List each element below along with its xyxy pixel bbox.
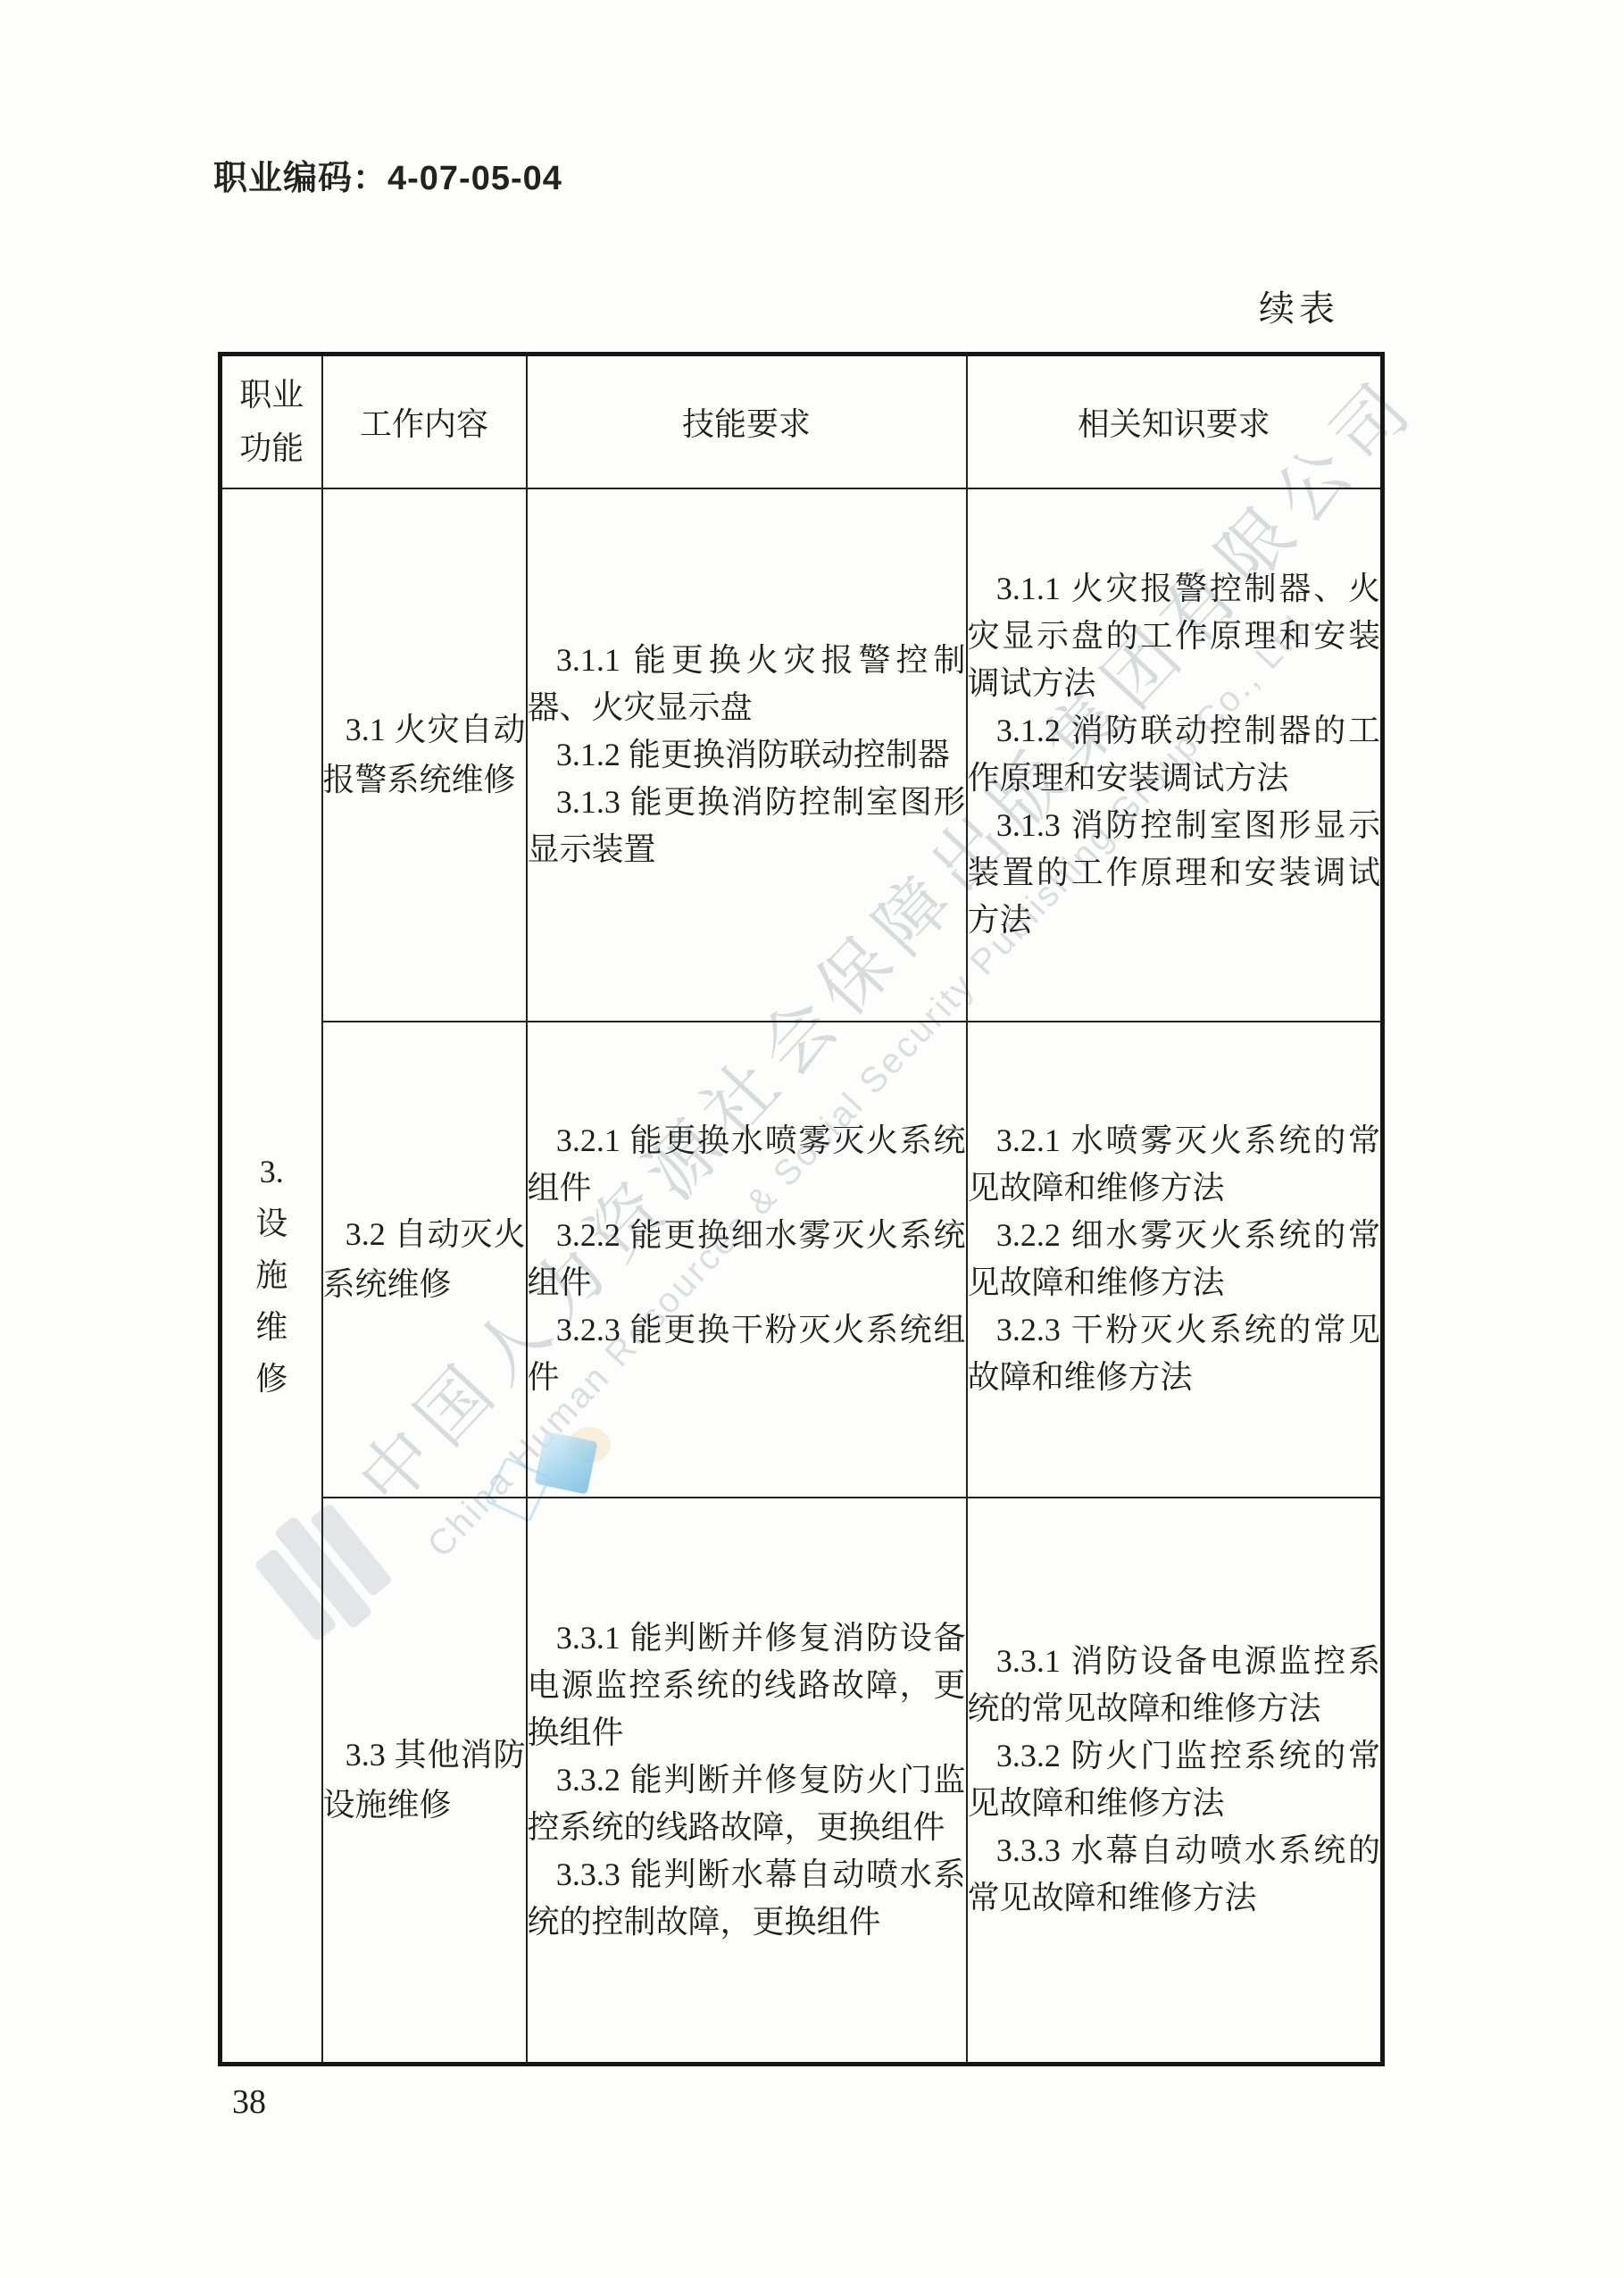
knowledge-item: 3.3.2 防火门监控系统的常见故障和维修方法 bbox=[968, 1732, 1381, 1827]
occupation-code: 职业编码：4-07-05-04 bbox=[213, 150, 562, 199]
work-content-text: 3.1 火灾自动报警系统维修 bbox=[323, 705, 526, 805]
skill-item: 3.1.3 能更换消防控制室图形显示装置 bbox=[528, 779, 966, 873]
cell-function-group: 3. 设施维修 bbox=[221, 488, 322, 2065]
skill-item: 3.2.3 能更换干粉灭火系统组件 bbox=[528, 1306, 966, 1401]
header-work-content: 工作内容 bbox=[322, 355, 527, 488]
skill-item: 3.2.2 能更换细水雾灭火系统组件 bbox=[528, 1212, 966, 1306]
skill-item: 3.3.2 能判断并修复防火门监控系统的线路故障，更换组件 bbox=[528, 1756, 966, 1851]
skill-item: 3.3.3 能判断水幕自动喷水系统的控制故障，更换组件 bbox=[528, 1851, 966, 1946]
table-row-3-1: 3. 设施维修 3.1 火灾自动报警系统维修 3.1.1 能更换火灾报警控制器、… bbox=[221, 488, 1383, 1022]
table-row-3-3: 3.3 其他消防设施维修 3.3.1 能判断并修复消防设备电源监控系统的线路故障… bbox=[221, 1498, 1383, 2065]
knowledge-item: 3.2.1 水喷雾灭火系统的常见故障和维修方法 bbox=[968, 1117, 1381, 1212]
table-header-row: 职业功能 工作内容 技能要求 相关知识要求 bbox=[221, 355, 1383, 488]
header-occupational-function-label: 职业功能 bbox=[237, 368, 306, 475]
cell-work-content-3-1: 3.1 火灾自动报警系统维修 bbox=[322, 488, 527, 1022]
cell-work-content-3-2: 3.2 自动灭火系统维修 bbox=[322, 1022, 527, 1498]
occupational-standard-table: 职业功能 工作内容 技能要求 相关知识要求 3. 设施维修 3.1 火灾自动报警… bbox=[218, 352, 1385, 2066]
knowledge-item: 3.2.3 干粉灭火系统的常见故障和维修方法 bbox=[968, 1306, 1381, 1401]
table-row-3-2: 3.2 自动灭火系统维修 3.2.1 能更换水喷雾灭火系统组件 3.2.2 能更… bbox=[221, 1022, 1383, 1498]
knowledge-item: 3.1.2 消防联动控制器的工作原理和安装调试方法 bbox=[968, 707, 1381, 802]
function-group-name: 设施维修 bbox=[254, 1197, 290, 1405]
cell-knowledge-3-3: 3.3.1 消防设备电源监控系统的常见故障和维修方法 3.3.2 防火门监控系统… bbox=[967, 1498, 1383, 2065]
page-number: 38 bbox=[232, 2082, 266, 2122]
skill-item: 3.1.1 能更换火灾报警控制器、火灾显示盘 bbox=[528, 637, 966, 731]
function-group-number: 3. bbox=[222, 1146, 321, 1197]
skill-item: 3.2.1 能更换水喷雾灭火系统组件 bbox=[528, 1117, 966, 1212]
knowledge-item: 3.3.3 水幕自动喷水系统的常见故障和维修方法 bbox=[968, 1827, 1381, 1922]
header-skill-requirements: 技能要求 bbox=[527, 355, 967, 488]
continuation-label: 续表 bbox=[218, 280, 1339, 331]
knowledge-item: 3.1.3 消防控制室图形显示装置的工作原理和安装调试方法 bbox=[968, 802, 1381, 944]
knowledge-item: 3.3.1 消防设备电源监控系统的常见故障和维修方法 bbox=[968, 1638, 1381, 1732]
skill-item: 3.3.1 能判断并修复消防设备电源监控系统的线路故障，更换组件 bbox=[528, 1615, 966, 1756]
knowledge-item: 3.1.1 火灾报警控制器、火灾显示盘的工作原理和安装调试方法 bbox=[968, 565, 1381, 707]
cell-skills-3-2: 3.2.1 能更换水喷雾灭火系统组件 3.2.2 能更换细水雾灭火系统组件 3.… bbox=[527, 1022, 967, 1498]
work-content-text: 3.2 自动灭火系统维修 bbox=[323, 1209, 526, 1309]
document-page: 职业编码：4-07-05-04 续表 中国人力资源社会保障出版集团有限公司 Ch… bbox=[0, 0, 1624, 2278]
cell-work-content-3-3: 3.3 其他消防设施维修 bbox=[322, 1498, 527, 2065]
header-knowledge-requirements: 相关知识要求 bbox=[967, 355, 1383, 488]
cell-knowledge-3-2: 3.2.1 水喷雾灭火系统的常见故障和维修方法 3.2.2 细水雾灭火系统的常见… bbox=[967, 1022, 1383, 1498]
work-content-text: 3.3 其他消防设施维修 bbox=[323, 1730, 526, 1830]
cell-skills-3-3: 3.3.1 能判断并修复消防设备电源监控系统的线路故障，更换组件 3.3.2 能… bbox=[527, 1498, 967, 2065]
knowledge-item: 3.2.2 细水雾灭火系统的常见故障和维修方法 bbox=[968, 1212, 1381, 1306]
cell-knowledge-3-1: 3.1.1 火灾报警控制器、火灾显示盘的工作原理和安装调试方法 3.1.2 消防… bbox=[967, 488, 1383, 1022]
cell-skills-3-1: 3.1.1 能更换火灾报警控制器、火灾显示盘 3.1.2 能更换消防联动控制器 … bbox=[527, 488, 967, 1022]
header-occupational-function: 职业功能 bbox=[221, 355, 322, 488]
skill-item: 3.1.2 能更换消防联动控制器 bbox=[528, 731, 966, 779]
